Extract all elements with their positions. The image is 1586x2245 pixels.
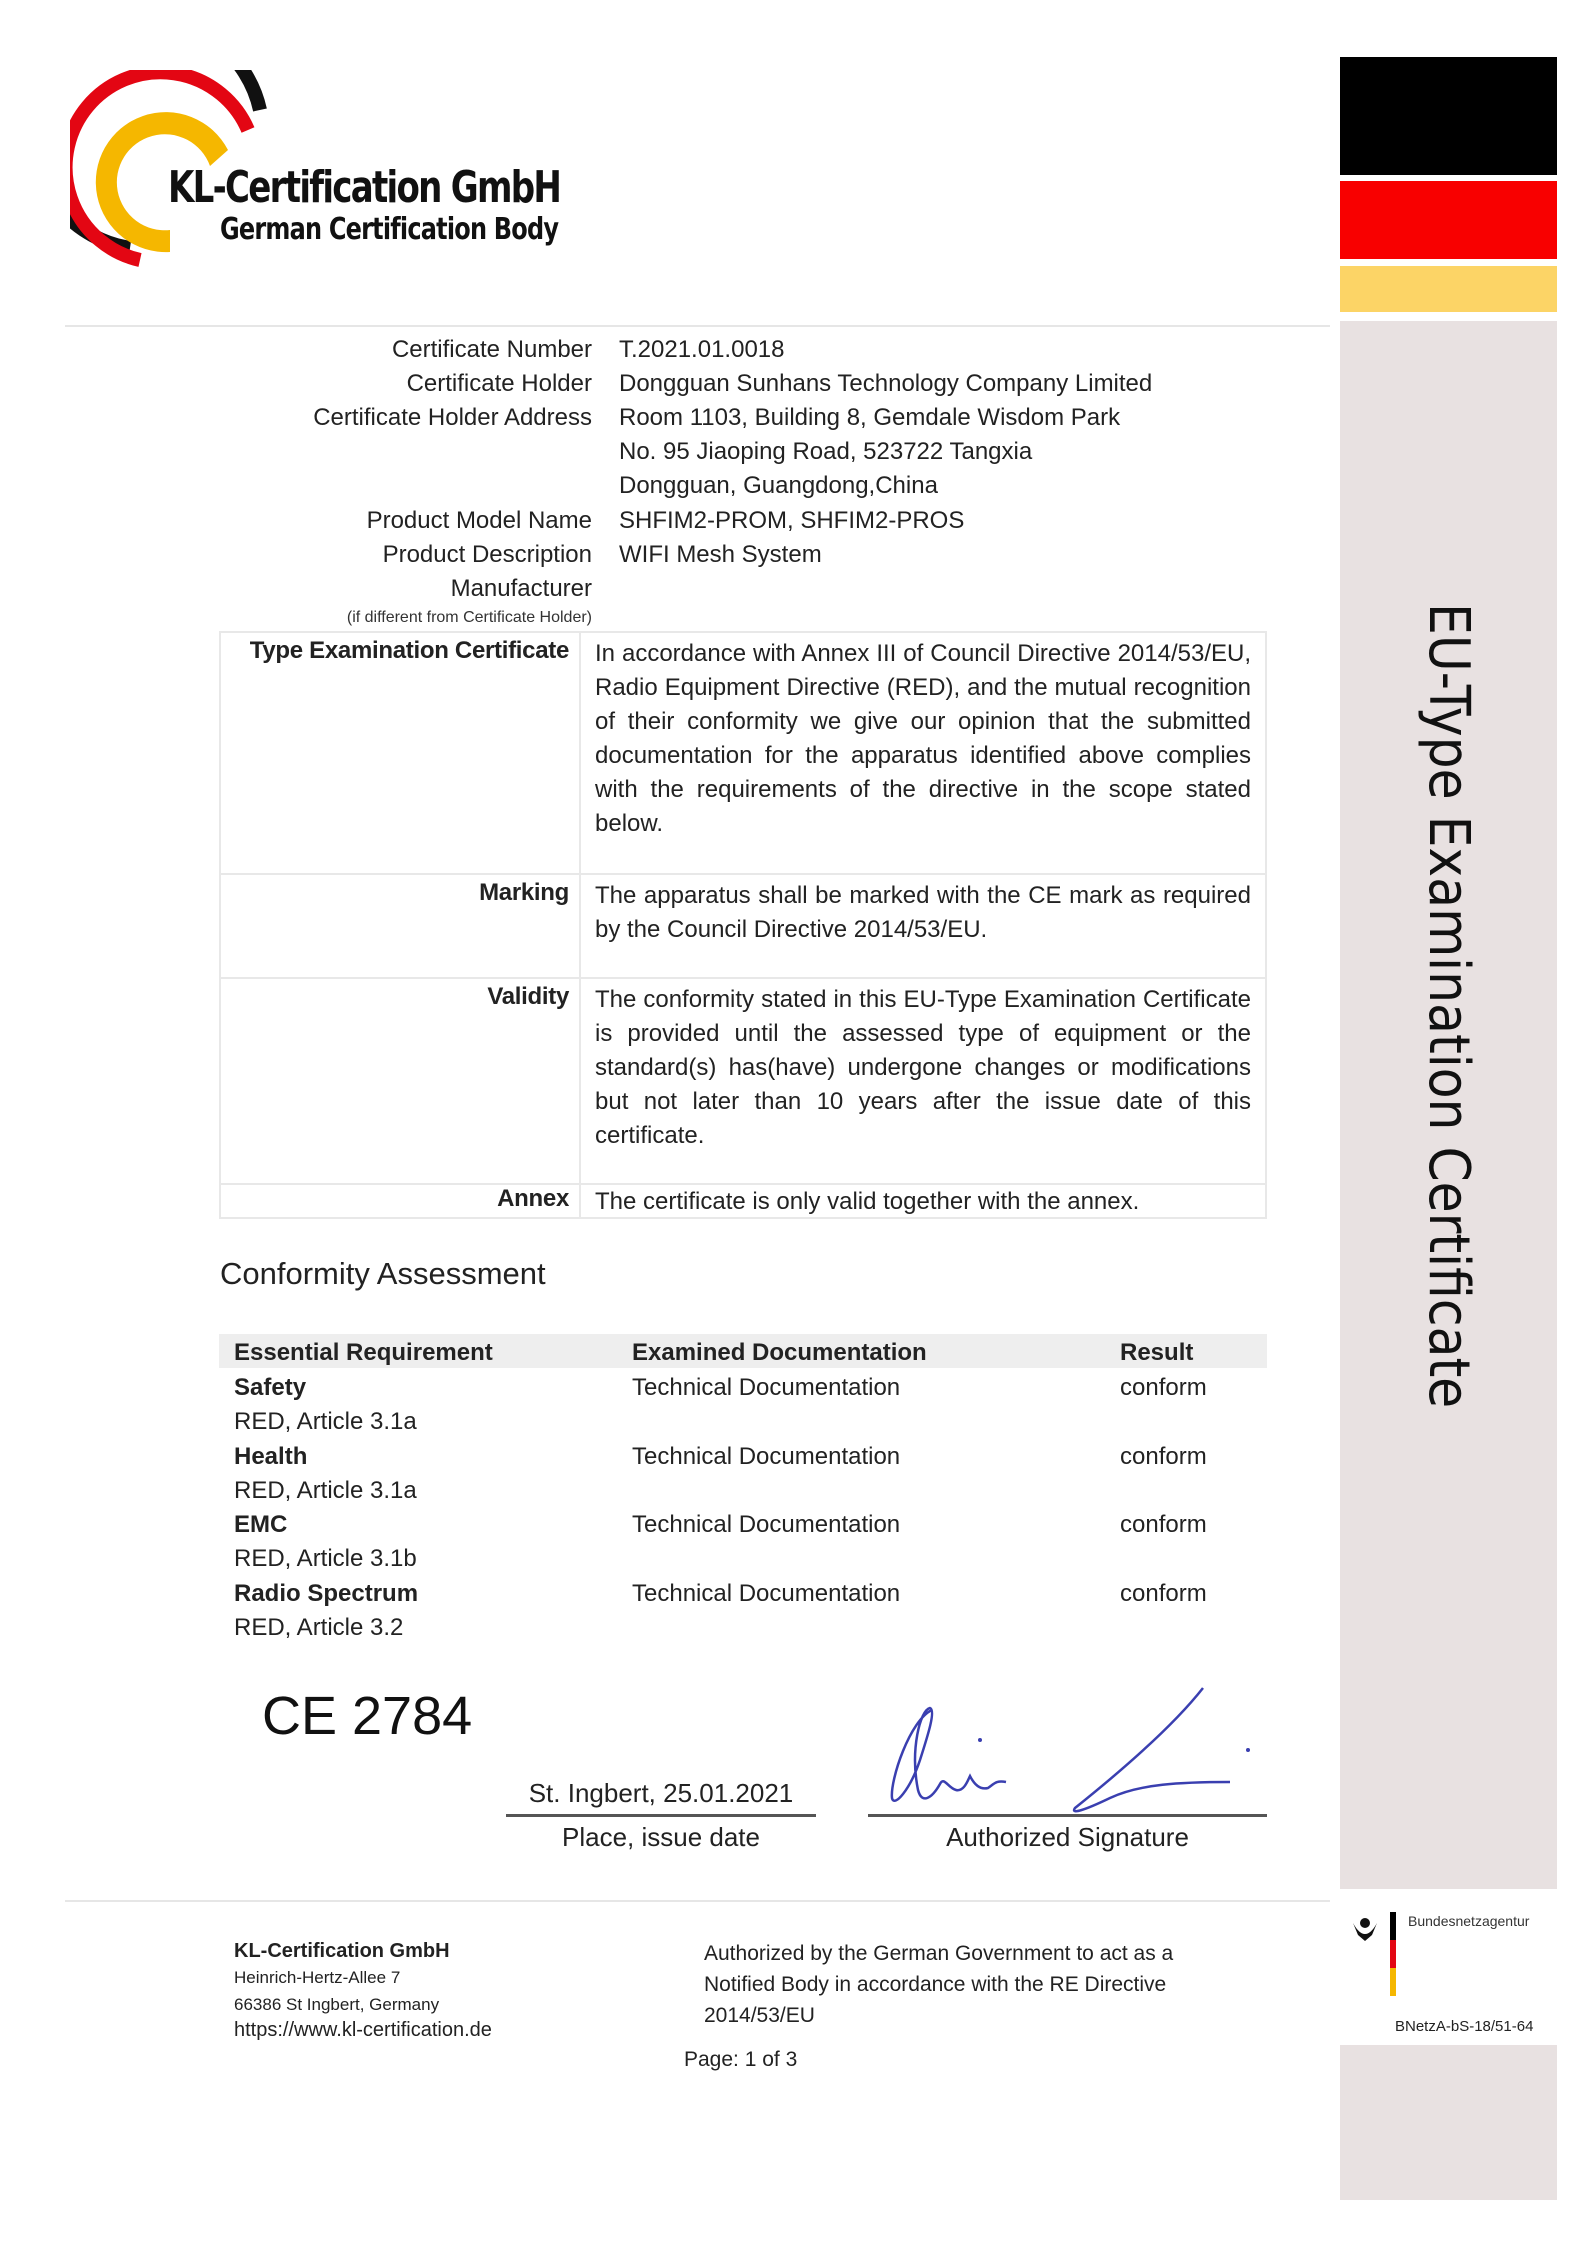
- row-documentation: Technical Documentation: [632, 1580, 900, 1608]
- header-documentation: Examined Documentation: [632, 1339, 927, 1367]
- footer-divider: [65, 1900, 1330, 1902]
- header-requirement: Essential Requirement: [234, 1339, 493, 1367]
- page-number: Page: 1 of 3: [684, 2048, 797, 2072]
- section-text: The certificate is only valid together w…: [581, 1185, 1265, 1217]
- value-certificate-number: T.2021.01.0018: [619, 336, 784, 364]
- place-date-value: St. Ingbert, 25.01.2021: [506, 1778, 816, 1809]
- footer-authorization-line-1: Authorized by the German Government to a…: [704, 1942, 1173, 1966]
- value-address-line-3: Dongguan, Guangdong,China: [619, 472, 938, 500]
- agency-stripe-red: [1390, 1940, 1396, 1968]
- flag-gold-stripe: [1340, 266, 1557, 312]
- row-result: conform: [1120, 1374, 1207, 1402]
- flag-red-stripe: [1340, 181, 1557, 259]
- logo-title: KL-Certification GmbH: [168, 162, 560, 213]
- agency-reference: BNetzA-bS-18/51-64: [1395, 2018, 1533, 2035]
- label-certificate-number: Certificate Number: [392, 336, 592, 364]
- place-date-line: [506, 1814, 816, 1817]
- place-date-label: Place, issue date: [506, 1822, 816, 1853]
- side-panel: EU-Type Examination Certificate: [1340, 321, 1557, 1889]
- footer-city: 66386 St Ingbert, Germany: [234, 1995, 439, 2015]
- row-annex: Annex The certificate is only valid toge…: [221, 1183, 1265, 1217]
- federal-eagle-icon: [1350, 1913, 1380, 1943]
- agency-stripe-black: [1390, 1912, 1396, 1940]
- vertical-title: EU-Type Examination Certificate: [1416, 603, 1481, 1408]
- section-label: Validity: [221, 979, 581, 1183]
- row-type-examination: Type Examination Certificate In accordan…: [221, 633, 1265, 873]
- certificate-terms-table: Type Examination Certificate In accordan…: [219, 631, 1267, 1219]
- company-logo: KL-Certification GmbH German Certificati…: [70, 70, 550, 270]
- footer-authorization-line-3: 2014/53/EU: [704, 2004, 815, 2028]
- section-text: In accordance with Annex III of Council …: [581, 633, 1265, 873]
- agency-name: Bundesnetzagentur: [1408, 1913, 1529, 1929]
- manufacturer-note: (if different from Certificate Holder): [347, 609, 592, 627]
- ce-mark: CE 2784: [262, 1685, 472, 1747]
- row-validity: Validity The conformity stated in this E…: [221, 977, 1265, 1183]
- row-requirement: Radio Spectrum: [234, 1580, 418, 1608]
- section-text: The conformity stated in this EU-Type Ex…: [581, 979, 1265, 1183]
- header-divider: [65, 325, 1330, 327]
- row-requirement: EMC: [234, 1511, 287, 1539]
- row-marking: Marking The apparatus shall be marked wi…: [221, 873, 1265, 977]
- label-holder-address: Certificate Holder Address: [313, 404, 592, 432]
- label-product-description: Product Description: [383, 541, 592, 569]
- section-label: Type Examination Certificate: [221, 633, 581, 873]
- value-address-line-2: No. 95 Jiaoping Road, 523722 Tangxia: [619, 438, 1032, 466]
- agency-box: Bundesnetzagentur BNetzA-bS-18/51-64: [1340, 1895, 1557, 2040]
- logo-subtitle: German Certification Body: [220, 212, 558, 247]
- side-panel-bottom: [1340, 2045, 1557, 2200]
- section-label: Annex: [221, 1185, 581, 1217]
- flag-black-stripe: [1340, 57, 1557, 175]
- row-result: conform: [1120, 1443, 1207, 1471]
- row-documentation: Technical Documentation: [632, 1374, 900, 1402]
- row-requirement: Health: [234, 1443, 307, 1471]
- agency-stripe-gold: [1390, 1968, 1396, 1996]
- row-result: conform: [1120, 1580, 1207, 1608]
- value-product-model: SHFIM2-PROM, SHFIM2-PROS: [619, 507, 964, 535]
- signature-icon: [870, 1680, 1270, 1820]
- header-result: Result: [1120, 1339, 1193, 1367]
- row-requirement: Safety: [234, 1374, 306, 1402]
- footer-street: Heinrich-Hertz-Allee 7: [234, 1968, 400, 1988]
- row-article: RED, Article 3.1b: [234, 1545, 417, 1573]
- footer-company: KL-Certification GmbH: [234, 1940, 450, 1963]
- row-documentation: Technical Documentation: [632, 1511, 900, 1539]
- footer-authorization-line-2: Notified Body in accordance with the RE …: [704, 1973, 1166, 1997]
- row-article: RED, Article 3.1a: [234, 1477, 417, 1505]
- label-manufacturer: Manufacturer: [451, 575, 592, 603]
- row-article: RED, Article 3.2: [234, 1614, 403, 1642]
- label-product-model: Product Model Name: [367, 507, 592, 535]
- row-result: conform: [1120, 1511, 1207, 1539]
- signature-line: [868, 1814, 1267, 1817]
- value-certificate-holder: Dongguan Sunhans Technology Company Limi…: [619, 370, 1152, 398]
- signature-label: Authorized Signature: [868, 1822, 1267, 1853]
- footer-website-link[interactable]: https://www.kl-certification.de: [234, 2019, 492, 2042]
- value-address-line-1: Room 1103, Building 8, Gemdale Wisdom Pa…: [619, 404, 1120, 432]
- value-product-description: WIFI Mesh System: [619, 541, 822, 569]
- row-documentation: Technical Documentation: [632, 1443, 900, 1471]
- label-certificate-holder: Certificate Holder: [407, 370, 592, 398]
- section-text: The apparatus shall be marked with the C…: [581, 875, 1265, 977]
- conformity-title: Conformity Assessment: [220, 1256, 546, 1292]
- section-label: Marking: [221, 875, 581, 977]
- row-article: RED, Article 3.1a: [234, 1408, 417, 1436]
